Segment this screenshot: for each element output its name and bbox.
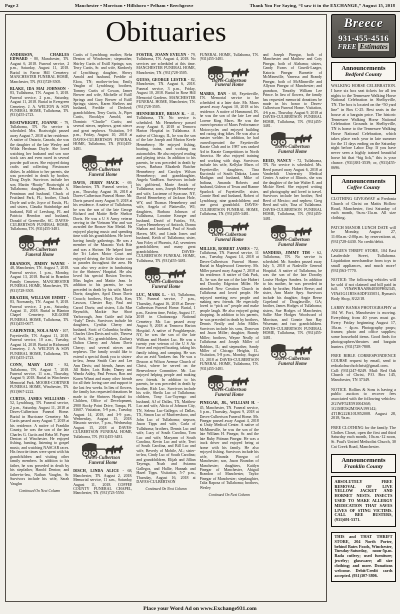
announcements-title: Announcements bbox=[332, 457, 395, 464]
carriage-icon bbox=[270, 131, 314, 146]
obituary-column-5: and Joseph Pinegar, both of Manchester a… bbox=[263, 53, 322, 593]
obituary-entry: BOATWRIGHT, JOANNE - 79, Tullahoma, TN. … bbox=[10, 121, 69, 232]
funeral-home-logo: Daves-CulbertsonFuneral Home bbox=[136, 266, 195, 291]
obituary-name: SANDERS, JIMMY TIM bbox=[263, 251, 313, 255]
header-rule bbox=[0, 11, 400, 12]
footer-word-ad: Place your Word Ad on www.Exchange931.co… bbox=[0, 606, 400, 612]
obituary-entry: PINEGAR, JR., WILLIAM H. - 45, Mancheste… bbox=[200, 401, 259, 490]
obituary-name: CURTIS, JAMES WILLIAMS bbox=[10, 397, 68, 401]
funeral-home-logo: Daves-CulbertsonFuneral Home bbox=[200, 65, 259, 90]
obituary-name: LUC, MARK L. bbox=[136, 293, 168, 297]
obituary-name: MILLER, ROBERT JAMES bbox=[200, 247, 252, 251]
carriage-icon bbox=[207, 374, 251, 389]
county-label: Coffee County bbox=[332, 185, 395, 191]
funeral-home-caption: Funeral Home bbox=[200, 394, 259, 399]
free-label: FREE bbox=[338, 43, 357, 51]
obituary-entry: BRAZIER, WILLIAM EMMIT - 83, Normandy, T… bbox=[10, 296, 69, 327]
funeral-home-logo: Daves-CulbertsonFuneral Home bbox=[200, 219, 259, 244]
funeral-home-logo: Daves-CulbertsonFuneral Home bbox=[200, 374, 259, 399]
obituary-entry: DAVIS, JERRY MACK - 69, Manchester, TN. … bbox=[73, 181, 132, 439]
obituary-name: GUESS, GEORGE LESTER bbox=[136, 78, 188, 82]
funeral-home-logo: Daves-CulbertsonFuneral Home bbox=[263, 224, 322, 249]
obituary-entry: CONN, MARY LOU - 82, Tullahoma, TN. Augu… bbox=[10, 363, 69, 394]
announcement-entry: CLOTHING GIVEAWAY at Fredonia Church of … bbox=[331, 197, 396, 221]
funeral-home-caption: Funeral Home bbox=[263, 151, 322, 156]
announcements-header: AnnouncementsBedford County bbox=[331, 62, 396, 81]
announcement-entry: ABSOLUTELY FREE REMOVAL OF LIVE YELLOW J… bbox=[331, 476, 396, 526]
funeral-home-logo: Daves-CulbertsonFuneral Home bbox=[73, 154, 132, 179]
obituary-name: DISCH, LINDA ALICE bbox=[73, 469, 122, 473]
carriage-icon bbox=[207, 65, 251, 80]
obituaries-title: Obituaries bbox=[6, 15, 326, 51]
funeral-home-caption: Funeral Home bbox=[263, 244, 322, 249]
obituary-name: CARPENTER, NOLA MAY bbox=[10, 329, 60, 333]
obituary-name: PINEGAR, JR., WILLIAM H. bbox=[200, 401, 258, 405]
announcements-title: Announcements bbox=[332, 65, 395, 72]
obituary-name: DAVIS, JERRY MACK bbox=[73, 181, 122, 185]
carriage-icon bbox=[270, 224, 314, 239]
towns-list: Manchester • Morrison • Hillsboro • Pelh… bbox=[18, 3, 249, 8]
obituary-entry: BRANDON, JIMMY WAYNE - 48, Manchester, T… bbox=[10, 262, 69, 293]
obituary-name: BOATWRIGHT, JOANNE bbox=[10, 121, 60, 125]
continued-note: Continued On Next Column bbox=[200, 493, 259, 497]
breece-phone: 931-455-4516 bbox=[332, 33, 395, 43]
obituary-continuation: and Joseph Pinegar, both of Manchester a… bbox=[263, 53, 322, 129]
obituary-entry: GUESS, GEORGE LESTER - 82, Manchester, T… bbox=[136, 78, 195, 109]
funeral-home-logo: Daves-CulbertsonFuneral Home bbox=[73, 442, 132, 467]
funeral-home-caption: Funeral Home bbox=[73, 462, 132, 467]
obituary-entry: DISCH, LINDA ALICE - 68, Manchester, TN.… bbox=[73, 469, 132, 496]
carriage-icon bbox=[270, 343, 314, 358]
announcements-title: Announcements bbox=[332, 178, 395, 185]
obituary-entry: BLAKE, IDA MAI JOHNSON - 83, Tullahoma, … bbox=[10, 87, 69, 118]
obituary-name: BLAKE, IDA MAI JOHNSON bbox=[10, 87, 68, 91]
obituary-column-1: ANDERSON, CHARLES EDWARD - 80, Mancheste… bbox=[10, 53, 69, 593]
breece-ad: Breece 931-455-4516 FREE Estimates bbox=[331, 14, 396, 58]
county-label: Bedford County bbox=[332, 72, 395, 78]
page-header: Page 2 Manchester • Morrison • Hillsboro… bbox=[0, 0, 400, 11]
page-number-label: Page 2 bbox=[5, 3, 18, 8]
continued-note: Continued On Next Column bbox=[10, 489, 69, 493]
funeral-home-caption: Funeral Home bbox=[200, 239, 259, 244]
obituary-entry: CARPENTER, NOLA MAY - 107, Fayetteville,… bbox=[10, 329, 69, 360]
announcement-entry: PATCH MANOR LUNCH DATE will be Monday, A… bbox=[331, 226, 396, 245]
funeral-home-logo: Daves-CulbertsonFuneral Home bbox=[10, 234, 69, 259]
funeral-home-logo: Daves-CulbertsonFuneral Home bbox=[263, 131, 322, 156]
announcements-header: AnnouncementsFranklin County bbox=[331, 454, 396, 473]
obituary-name: HENNEBERRY, BRIAN K. bbox=[136, 112, 187, 116]
obituary-name: REED, NANCY bbox=[263, 159, 294, 163]
obituary-entry: HENNEBERRY, BRIAN K. - 41, Tullahoma, TN… bbox=[136, 112, 195, 263]
newspaper-page: { "page_header": { "page_label": "Page 2… bbox=[0, 0, 400, 614]
slogan-date: Thank You For Saying, “I saw it in the E… bbox=[250, 3, 395, 8]
announcement-entry: FREE BIBLE CORRESPONDENCE COURSE request… bbox=[331, 354, 396, 383]
funeral-home-caption: Funeral Home bbox=[10, 254, 69, 259]
funeral-home-caption: Funeral Home bbox=[263, 363, 322, 368]
obituary-entry: CURTIS, JAMES WILLIAMS - 52, Lynchburg, … bbox=[10, 397, 69, 486]
obituary-entry: ANDERSON, CHARLES EDWARD - 80, Mancheste… bbox=[10, 53, 69, 84]
continued-note: Continued On Next Column bbox=[136, 487, 195, 491]
announcements-sections: AnnouncementsBedford CountyWALKING HORSE… bbox=[331, 62, 396, 582]
announcement-entry: FREE CLOTHING for the family. The Clothe… bbox=[331, 426, 396, 450]
obituary-entry: MARRS, DAN - 60, Fayetteville, TN. Memor… bbox=[200, 92, 259, 217]
funeral-home-logo: Daves-CulbertsonFuneral Home bbox=[263, 343, 322, 368]
obituaries-section: Obituaries ANDERSON, CHARLES EDWARD - 80… bbox=[5, 14, 327, 602]
carriage-icon bbox=[81, 154, 125, 169]
obituary-name: FOSTER, JOANN EVELYN bbox=[136, 53, 188, 57]
obituary-name: BRAZIER, WILLIAM EMMIT bbox=[10, 296, 68, 300]
obituary-entry: MILLER, ROBERT JAMES - 72, Tullahoma, TN… bbox=[200, 247, 259, 372]
obituary-columns: ANDERSON, CHARLES EDWARD - 80, Mancheste… bbox=[6, 51, 326, 593]
breece-logo: Breece bbox=[332, 16, 395, 30]
carriage-icon bbox=[81, 442, 125, 457]
obituary-name: MARRS, DAN bbox=[200, 92, 229, 96]
obituary-column-3: FOSTER, JOANN EVELYN - 79, Tullahoma, TN… bbox=[136, 53, 195, 593]
obituary-column-2: Curtis of Lynchburg; mother, Reba Denton… bbox=[73, 53, 132, 593]
carriage-icon bbox=[207, 219, 251, 234]
announcement-entry: LARRY BANKS PHOTOGRAPHY at 104 W. Fort, … bbox=[331, 306, 396, 349]
obituary-name: ANDERSON, CHARLES EDWARD bbox=[10, 53, 69, 61]
county-label: Franklin County bbox=[332, 464, 395, 470]
carriage-icon bbox=[144, 266, 188, 281]
obituary-entry: FOSTER, JOANN EVELYN - 79, Tullahoma, TN… bbox=[136, 53, 195, 75]
funeral-home-caption: Funeral Home bbox=[136, 286, 195, 291]
estimates-label: Estimates bbox=[358, 43, 389, 51]
obituary-continuation: FUNERAL HOME, Tullahoma, TN. (931)455-34… bbox=[200, 53, 259, 62]
breece-estimates: FREE Estimates bbox=[332, 43, 395, 52]
announcements-header: AnnouncementsCoffee County bbox=[331, 175, 396, 194]
obituary-column-4: FUNERAL HOME, Tullahoma, TN. (931)455-34… bbox=[200, 53, 259, 593]
obituary-entry: LUC, MARK L. - 63, Tullahoma, TN. Funera… bbox=[136, 293, 195, 484]
carriage-icon bbox=[18, 234, 62, 249]
funeral-home-caption: Funeral Home bbox=[73, 174, 132, 179]
right-rail: Breece 931-455-4516 FREE Estimates Annou… bbox=[331, 14, 396, 587]
announcement-entry: ANGIE'S THRIFT STORE, 104 East Lauderdal… bbox=[331, 249, 396, 273]
obituary-name: BRANDON, JIMMY WAYNE bbox=[10, 262, 68, 266]
announcement-entry: WALKING HORSE CELEBRATION. I have six bo… bbox=[331, 84, 396, 171]
announcement-entry: NOTICE. Rollins & Sons is having a publi… bbox=[331, 388, 396, 422]
announcement-entry: NOTICE: The following vehicles will be s… bbox=[331, 278, 396, 302]
obituary-name: CONN, MARY LOU bbox=[10, 363, 58, 367]
obituary-entry: REED, NANCY - 72, Tullahoma, TN. No serv… bbox=[263, 159, 322, 221]
obituary-entry: SANDERS, JIMMY TIM - 62, Tullahoma, TN. … bbox=[263, 251, 322, 340]
funeral-home-caption: Funeral Home bbox=[200, 84, 259, 89]
obituary-continuation: Curtis of Lynchburg; mother, Reba Denton… bbox=[73, 53, 132, 151]
announcement-entry: THIS and THAT THRIFT STORE, 204 North Po… bbox=[331, 532, 396, 582]
